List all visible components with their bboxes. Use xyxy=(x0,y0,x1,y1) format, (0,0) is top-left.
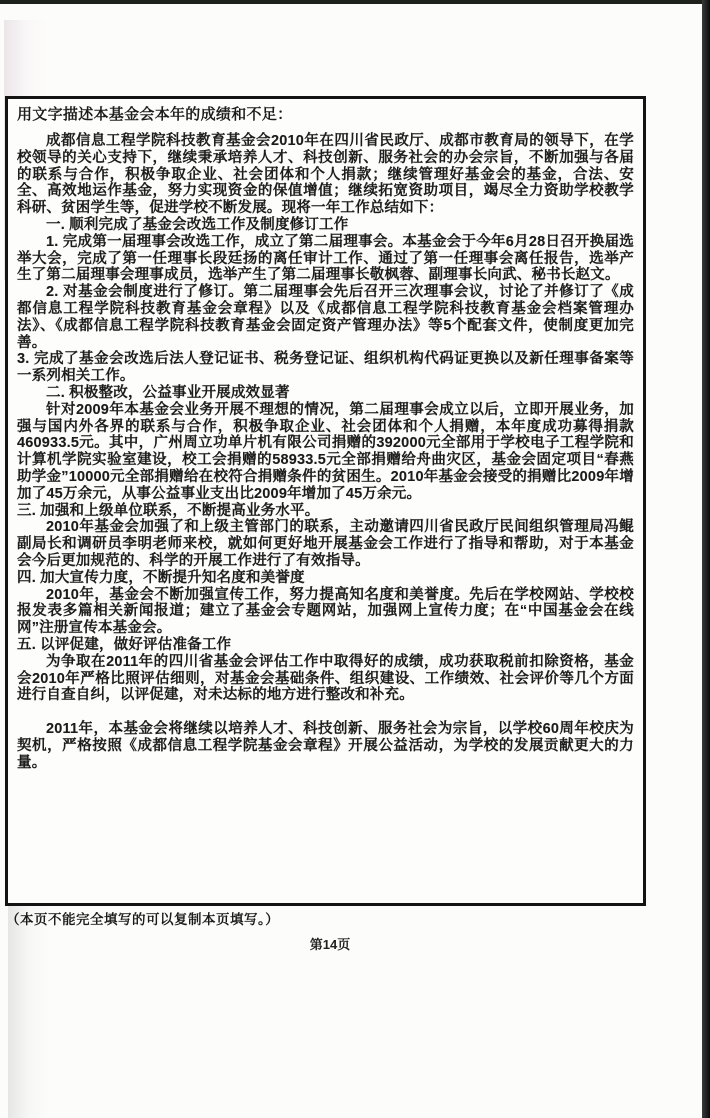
section-heading: 一. 顺利完成了基金会改选工作及制度修订工作 xyxy=(17,217,634,234)
answer-box: 用文字描述本基金会本年的成绩和不足： 成都信息工程学院科技教育基金会2010年在… xyxy=(5,96,646,906)
page-number: 第14页 xyxy=(0,934,660,953)
report-paragraph: 成都信息工程学院科技教育基金会2010年在四川省民政厅、成都市教育局的领导下，在… xyxy=(17,133,634,217)
copy-note: （本页不能完全填写的可以复制本页填写。） xyxy=(6,908,279,928)
report-paragraph: 2. 对基金会制度进行了修订。第二届理事会先后召开三次理事会议，讨论了并修订了《… xyxy=(17,284,634,351)
section-heading: 二. 积极整改，公益事业开展成效显著 xyxy=(17,385,634,402)
form-prompt: 用文字描述本基金会本年的成绩和不足： xyxy=(17,105,634,125)
report-paragraph: 2011年，本基金会将继续以培养人才、科技创新、服务社会为宗旨，以学校60周年校… xyxy=(17,721,634,771)
section-heading: 五. 以评促建，做好评估准备工作 xyxy=(17,637,634,654)
report-paragraph: 针对2009年本基金会业务开展不理想的情况，第二届理事会成立以后，立即开展业务，… xyxy=(17,402,634,503)
section-heading: 四. 加大宣传力度，不断提升知名度和美誉度 xyxy=(17,570,634,587)
report-paragraph: 为争取在2011年的四川省基金会评估工作中取得好的成绩，成功获取税前扣除资格，基… xyxy=(17,654,634,704)
report-paragraph: 1. 完成第一届理事会改选工作，成立了第二届理事会。本基金会于今年6月28日召开… xyxy=(17,234,634,284)
scan-edge-top xyxy=(0,0,710,4)
scan-edge-right xyxy=(702,0,710,1118)
section-heading: 三. 加强和上级单位联系，不断提高业务水平。 xyxy=(17,503,634,520)
report-paragraph: 3. 完成了基金会改选后法人登记证书、税务登记证、组织机构代码证更换以及新任理事… xyxy=(17,351,634,385)
report-paragraph: 2010年，基金会不断加强宣传工作，努力提高知名度和美誉度。先后在学校网站、学校… xyxy=(17,587,634,637)
scanned-form-page: 用文字描述本基金会本年的成绩和不足： 成都信息工程学院科技教育基金会2010年在… xyxy=(0,0,710,1118)
report-paragraph: 2010年基金会加强了和上级主管部门的联系，主动邀请四川省民政厅民间组织管理局冯… xyxy=(17,519,634,569)
